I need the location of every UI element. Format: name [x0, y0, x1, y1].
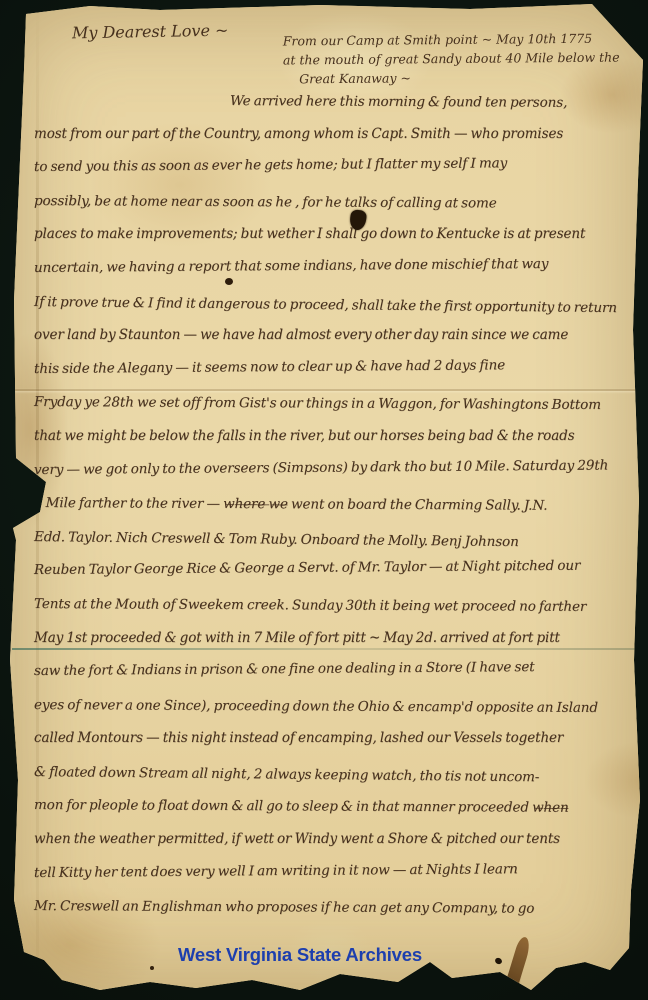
- manuscript-line: If it prove true & I find it dangerous t…: [34, 286, 644, 326]
- manuscript-line: called Montours — this night instead of …: [34, 722, 644, 756]
- manuscript-line: very — we got only to the overseers (Sim…: [34, 449, 644, 487]
- ink-speck: [150, 966, 154, 970]
- manuscript-line: uncertain, we having a report that some …: [34, 247, 644, 285]
- salutation: My Dearest Love ~: [72, 21, 229, 43]
- manuscript-paper: My Dearest Love ~ From our Camp at Smith…: [0, 0, 648, 1000]
- letter-body: We arrived here this morning & found ten…: [34, 84, 644, 924]
- manuscript-line: saw the fort & Indians in prison & one f…: [34, 650, 644, 688]
- dateline-line: at the mouth of great Sandy about 40 Mil…: [283, 48, 620, 70]
- manuscript-line: tell Kitty her tent does very well I am …: [34, 852, 644, 890]
- manuscript-line: when the weather permitted, if wett or W…: [34, 823, 644, 857]
- manuscript-line: possibly, be at home near as soon as he …: [34, 185, 644, 222]
- manuscript-line: eyes of never a one Since), proceeding d…: [34, 689, 644, 726]
- manuscript-line: Tents at the Mouth of Sweekem creek. Sun…: [34, 588, 644, 625]
- manuscript-line: We arrived here this morning & found ten…: [34, 84, 644, 121]
- manuscript-line: mon for pleople to float down & all go t…: [34, 789, 644, 826]
- manuscript-line: 2 Mile farther to the river — w̶h̶e̶r̶e̶…: [34, 487, 644, 524]
- manuscript-line: Reuben Taylor George Rice & George a Ser…: [34, 550, 644, 588]
- dateline: From our Camp at Smith point ~ May 10th …: [283, 29, 620, 89]
- ink-smear: [501, 936, 533, 1000]
- manuscript-line: to send you this as soon as ever he gets…: [34, 146, 644, 184]
- letter-scan: My Dearest Love ~ From our Camp at Smith…: [0, 0, 648, 1000]
- archive-watermark: West Virginia State Archives: [178, 944, 422, 966]
- manuscript-line: that we might be below the falls in the …: [34, 420, 644, 454]
- manuscript-line: Fryday ye 28th we set off from Gist's ou…: [34, 386, 644, 423]
- manuscript-line: this side the Alegany — it seems now to …: [34, 348, 644, 386]
- manuscript-line: Mr. Creswell an Englishman who proposes …: [34, 890, 644, 927]
- ink-speck: [494, 957, 503, 965]
